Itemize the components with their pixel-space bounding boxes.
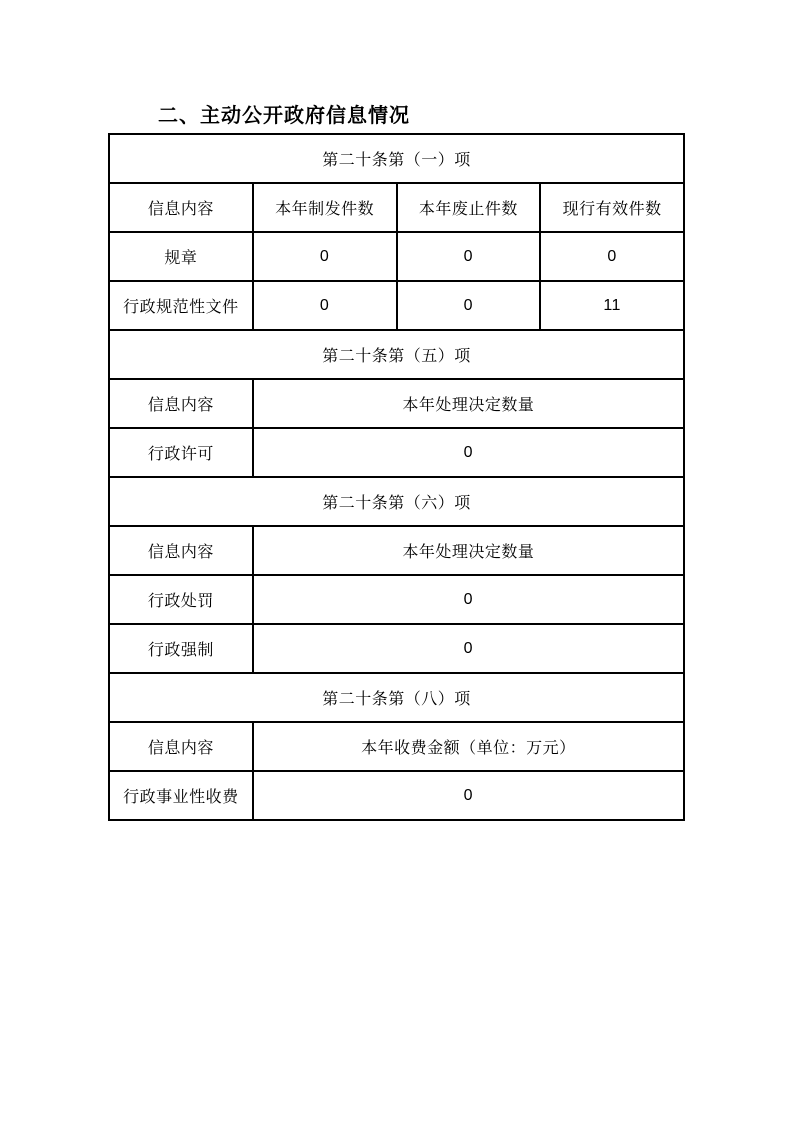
table-row: 第二十条第（六）项 (109, 477, 684, 526)
table-row: 行政处罚 0 (109, 575, 684, 624)
column-header-cell: 本年废止件数 (397, 183, 541, 232)
table-row: 行政规范性文件 0 0 11 (109, 281, 684, 330)
value-cell: 0 (253, 428, 684, 477)
section-header-cell: 第二十条第（一）项 (109, 134, 684, 183)
table-row: 行政强制 0 (109, 624, 684, 673)
value-cell: 11 (540, 281, 684, 330)
table-row: 信息内容 本年处理决定数量 (109, 526, 684, 575)
section-header-cell: 第二十条第（八）项 (109, 673, 684, 722)
column-header-cell: 现行有效件数 (540, 183, 684, 232)
column-header-cell: 信息内容 (109, 722, 253, 771)
section-title: 二、主动公开政府信息情况 (158, 99, 410, 128)
section-header-cell: 第二十条第（五）项 (109, 330, 684, 379)
row-label-cell: 行政许可 (109, 428, 253, 477)
column-header-cell: 信息内容 (109, 379, 253, 428)
value-cell: 0 (253, 624, 684, 673)
column-header-cell: 信息内容 (109, 526, 253, 575)
row-label-cell: 行政强制 (109, 624, 253, 673)
table-row: 第二十条第（一）项 (109, 134, 684, 183)
column-header-cell: 信息内容 (109, 183, 253, 232)
row-label-cell: 行政处罚 (109, 575, 253, 624)
value-cell: 0 (253, 771, 684, 820)
value-cell: 0 (397, 232, 541, 281)
column-header-cell: 本年制发件数 (253, 183, 397, 232)
column-header-cell: 本年收费金额（单位：万元） (253, 722, 684, 771)
table-row: 信息内容 本年收费金额（单位：万元） (109, 722, 684, 771)
column-header-cell: 本年处理决定数量 (253, 379, 684, 428)
value-cell: 0 (253, 232, 397, 281)
table-row: 信息内容 本年处理决定数量 (109, 379, 684, 428)
row-label-cell: 行政规范性文件 (109, 281, 253, 330)
table-row: 第二十条第（五）项 (109, 330, 684, 379)
column-header-cell: 本年处理决定数量 (253, 526, 684, 575)
section-header-cell: 第二十条第（六）项 (109, 477, 684, 526)
table-row: 第二十条第（八）项 (109, 673, 684, 722)
row-label-cell: 规章 (109, 232, 253, 281)
value-cell: 0 (253, 575, 684, 624)
value-cell: 0 (397, 281, 541, 330)
value-cell: 0 (253, 281, 397, 330)
table-row: 行政许可 0 (109, 428, 684, 477)
report-table: 第二十条第（一）项 信息内容 本年制发件数 本年废止件数 现行有效件数 规章 0… (108, 133, 685, 821)
document-page: 二、主动公开政府信息情况 第二十条第（一）项 信息内容 本年制发件数 本年废止件… (0, 0, 793, 1122)
row-label-cell: 行政事业性收费 (109, 771, 253, 820)
table-row: 规章 0 0 0 (109, 232, 684, 281)
table-row: 信息内容 本年制发件数 本年废止件数 现行有效件数 (109, 183, 684, 232)
table-row: 行政事业性收费 0 (109, 771, 684, 820)
value-cell: 0 (540, 232, 684, 281)
